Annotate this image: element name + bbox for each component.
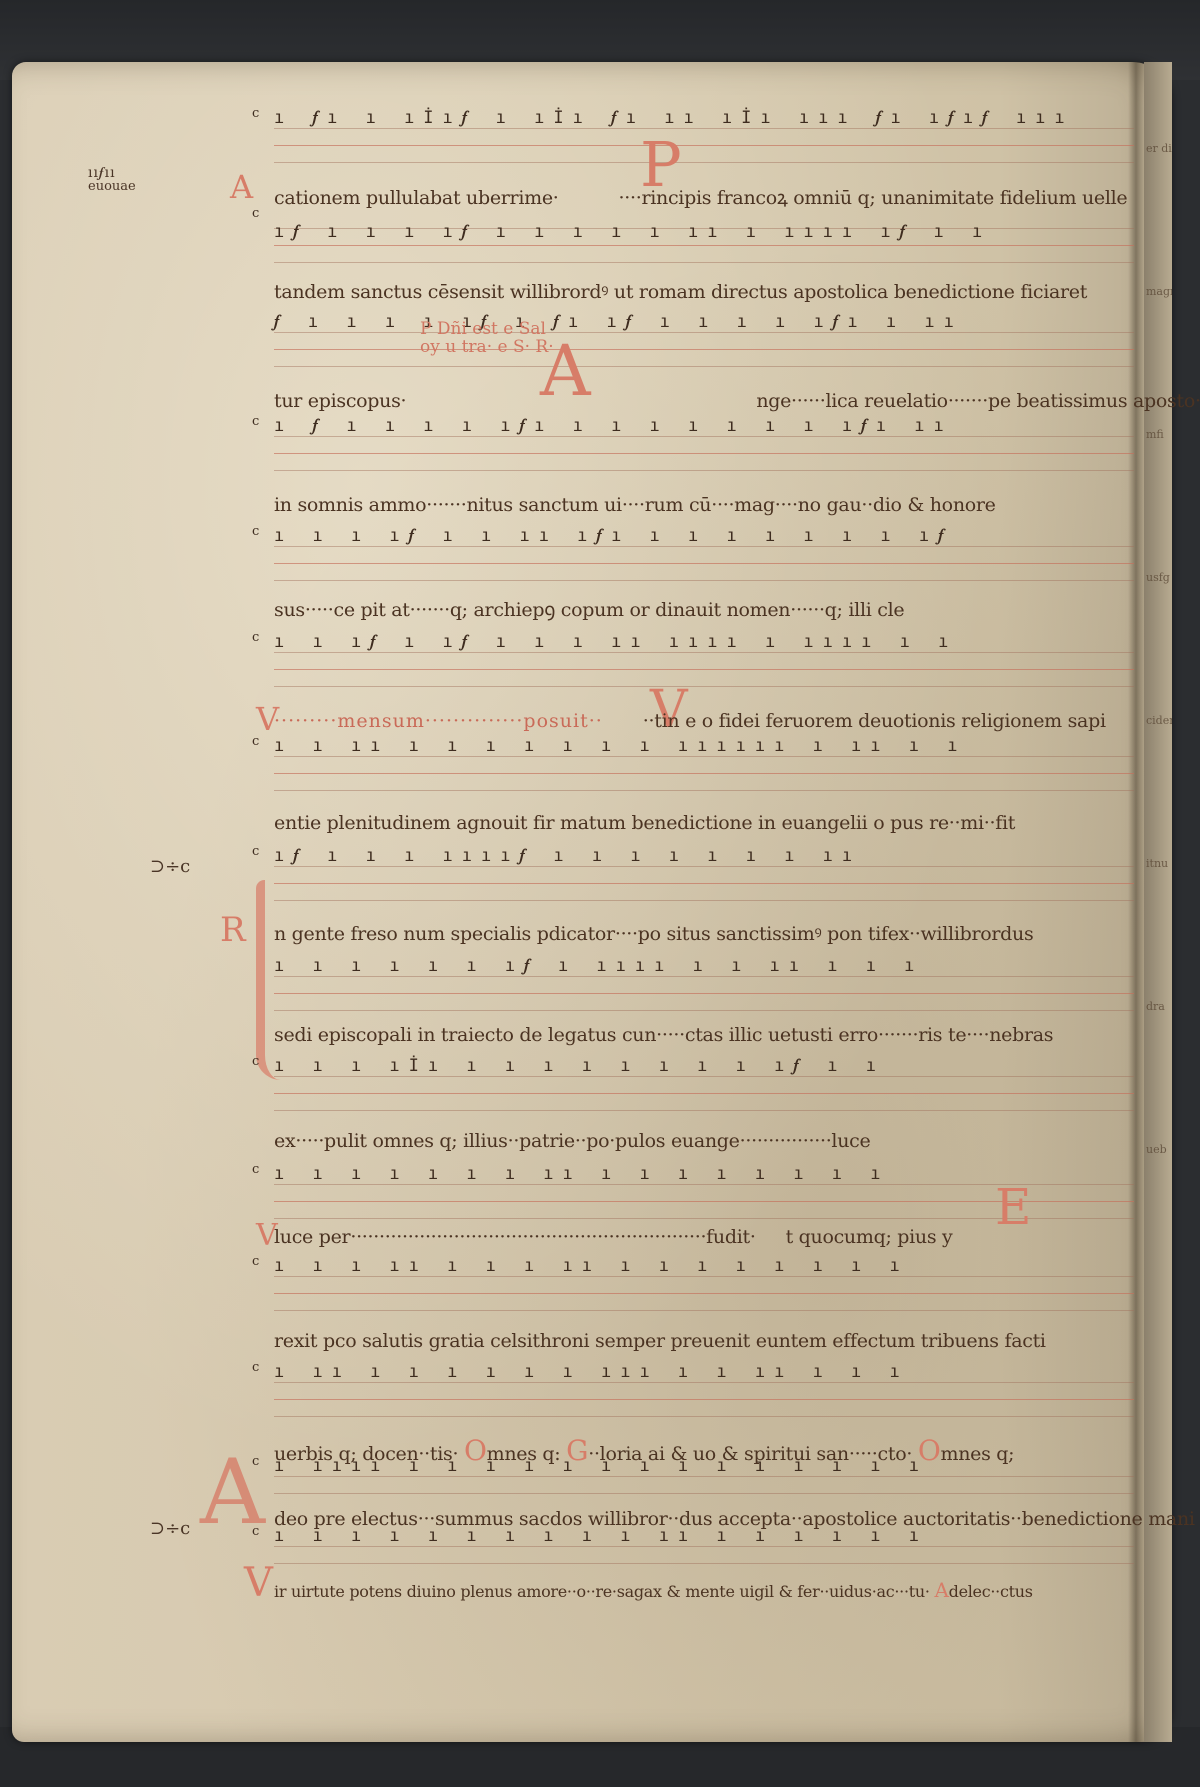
initial-a-small: A [934,1578,948,1602]
text-line-9: sedi episcopali in traiecto de legatus c… [274,1024,1154,1046]
staff: c ı ı ı ıİı ı ı ı ı ı ı ı ı ı𝆑 ı ı [274,1060,1134,1111]
neume-row: ı ı ı ı𝆑 ı ı ıı ı𝆑ı ı ı ı ı ı ı ı ı𝆑 [274,526,1134,546]
next-leaf-fragment: itnu [1146,857,1170,870]
staff: ı ı ı ı ı ı ı𝆑 ı ıııı ı ı ıı ı ı ı [274,960,1134,1011]
neume-row: ı ı ı ı ı ı ı𝆑 ı ıııı ı ı ıı ı ı ı [274,956,1134,976]
next-leaf-edge: er di magn mfi usfg cider itnu dra ueb [1144,62,1172,1742]
lyric: ir uirtute potens diuino plenus amore··o… [274,1582,930,1601]
neume-row: ı ı ıı ı ı ı ı ı ı ı ıııııı ı ıı ı ı [274,736,1134,756]
neume-row: ı𝆑 ı ı ı ıııı𝆑 ı ı ı ı ı ı ı ıı [274,846,1134,866]
clef-c: c [252,844,259,859]
staff: c ı ı ı ıı ı ı ı ıı ı ı ı ı ı ı ı ı [274,1260,1134,1311]
neume-row: 𝆑 ı ı ı ı ı𝆑 ı 𝆑ı ı𝆑 ı ı ı ı ı𝆑ı ı ıı [274,312,1134,332]
staff: c ı ı ı ı𝆑 ı ı ıı ı𝆑ı ı ı ı ı ı ı ı ı𝆑 [274,530,1134,581]
lyric: ·········mensum··············posuit·· [274,710,603,732]
lyric: cationem pullulabat uberrime· [274,187,559,209]
clef-c: c [252,524,259,539]
next-leaf-fragment: usfg [1146,571,1170,584]
staff: c ı𝆑 ı ı ı ıııı𝆑 ı ı ı ı ı ı ı ıı [274,850,1134,901]
text-line-4: in somnis ammo·······nitus sanctum ui···… [274,494,1154,516]
staff: c ı 𝆑 ı ı ı ı ı𝆑ı ı ı ı ı ı ı ı ı𝆑ı ıı [274,420,1134,471]
text-line-2: tandem sanctus cēsensit willibrordꝰ ut r… [274,278,1154,304]
lyric: ····rincipis francoꝝ omniū q; unanimitat… [619,187,1128,209]
lyric: nge······lica reuelatio·······pe beatiss… [756,390,1200,412]
lyric: tur episcopus· [274,390,406,412]
clef-c: c [252,206,259,221]
text-line-6: ·········mensum··············posuit····t… [274,710,1154,732]
clef-c: c [252,1254,259,1269]
neume-row: ı ı ı ı ı ı ı ı ı ı ıı ı ı ı ı ı ı [274,1526,1134,1546]
staff: 𝆑 ı ı ı ı ı𝆑 ı 𝆑ı ı𝆑 ı ı ı ı ı𝆑ı ı ıı [274,316,1134,367]
staff: c ı ı ı ı ı ı ı ı ı ı ıı ı ı ı ı ı ı [274,1530,1134,1564]
staff: c ı ıııı ı ı ı ı ı ı ı ı ı ı ı ı ı ı [274,1460,1134,1494]
clef-c: c [252,106,259,121]
neume-row: ı ı ı ıİı ı ı ı ı ı ı ı ı ı𝆑 ı ı [274,1056,1134,1076]
text-line-5: sus·····ce pit at·······q; archiepꝯ copu… [274,596,1154,622]
neume-row: ı ıı ı ı ı ı ı ı ııı ı ı ıı ı ı ı [274,1362,1134,1382]
margin-differentia: ıı𝆑ıı euouae [88,166,136,194]
staff: c ı 𝆑ı ı ıİı𝆑 ı ıİı 𝆑ı ıı ıİı ııı 𝆑ı ı𝆑ı… [274,112,1134,163]
neume-row: ı 𝆑 ı ı ı ı ı𝆑ı ı ı ı ı ı ı ı ı𝆑ı ıı [274,416,1134,436]
clef-c: c [252,734,259,749]
staff: c ı ı ıı ı ı ı ı ı ı ı ıııııı ı ıı ı ı [274,740,1134,791]
clef-c: c [252,414,259,429]
neume-row: ı 𝆑ı ı ıİı𝆑 ı ıİı 𝆑ı ıı ıİı ııı 𝆑ı ı𝆑ı𝆑 … [274,108,1134,128]
text-line-12: rexit pco salutis gratia celsithroni sem… [274,1330,1154,1352]
neume-row: ı ı ı ıı ı ı ı ıı ı ı ı ı ı ı ı ı [274,1256,1134,1276]
text-line-7: entie plenitudinem agnouit fir matum ben… [274,812,1154,834]
margin-custos-mark: ⊃÷c [150,856,190,877]
staff: c ı ı ı𝆑 ı ı𝆑 ı ı ı ıı ıııı ı ıııı ı ı [274,636,1134,687]
margin-euouae: euouae [88,180,136,194]
initial-r: R [220,910,246,950]
clef-c: c [252,1054,259,1069]
next-leaf-fragment: er di [1146,142,1170,155]
text-line-1: cationem pullulabat uberrime·····rincipi… [274,184,1154,210]
clef-c: c [252,1360,259,1375]
next-leaf-fragment: mfi [1146,428,1170,441]
neume-row: ı ıııı ı ı ı ı ı ı ı ı ı ı ı ı ı ı [274,1456,1134,1476]
lyric: delec··ctus [949,1582,1033,1601]
next-leaf-fragment: dra [1146,1000,1170,1013]
text-line-10: ex·····pulit omnes q; illius··patrie··po… [274,1130,1154,1152]
margin-custos-mark: ⊃÷c [150,1518,190,1539]
text-line-15: ir uirtute potens diuino plenus amore··o… [274,1578,1154,1602]
staff: c ı ıı ı ı ı ı ı ı ııı ı ı ıı ı ı ı [274,1366,1134,1417]
neume-row: ı𝆑 ı ı ı ı𝆑 ı ı ı ı ı ıı ı ıııı ı𝆑 ı ı [274,222,1134,242]
clef-c: c [252,630,259,645]
staff: c ı𝆑 ı ı ı ı𝆑 ı ı ı ı ı ıı ı ıııı ı𝆑 ı ı [274,212,1134,263]
lyric: t quocumq; pius y [786,1226,953,1248]
margin-neumes: ıı𝆑ıı [88,166,136,180]
neume-row: ı ı ı𝆑 ı ı𝆑 ı ı ı ıı ıııı ı ıııı ı ı [274,632,1134,652]
clef-c: c [252,1524,259,1539]
text-line-8: n gente freso num specialis pdicator····… [274,920,1154,946]
rubric-incipits: P Dñi est e Sal oy u tra· e S· R· [420,320,560,356]
lyric: luce per································… [274,1226,756,1248]
initial-a: A [230,168,253,206]
clef-c: c [252,1162,259,1177]
text-line-3: tur episcopus·nge······lica reuelatio···… [274,390,1154,412]
lyric: ··tin e o fidei feruorem deuotionis reli… [643,710,1106,732]
initial-v: V [244,1560,273,1606]
text-line-11: luce per································… [274,1226,1154,1248]
